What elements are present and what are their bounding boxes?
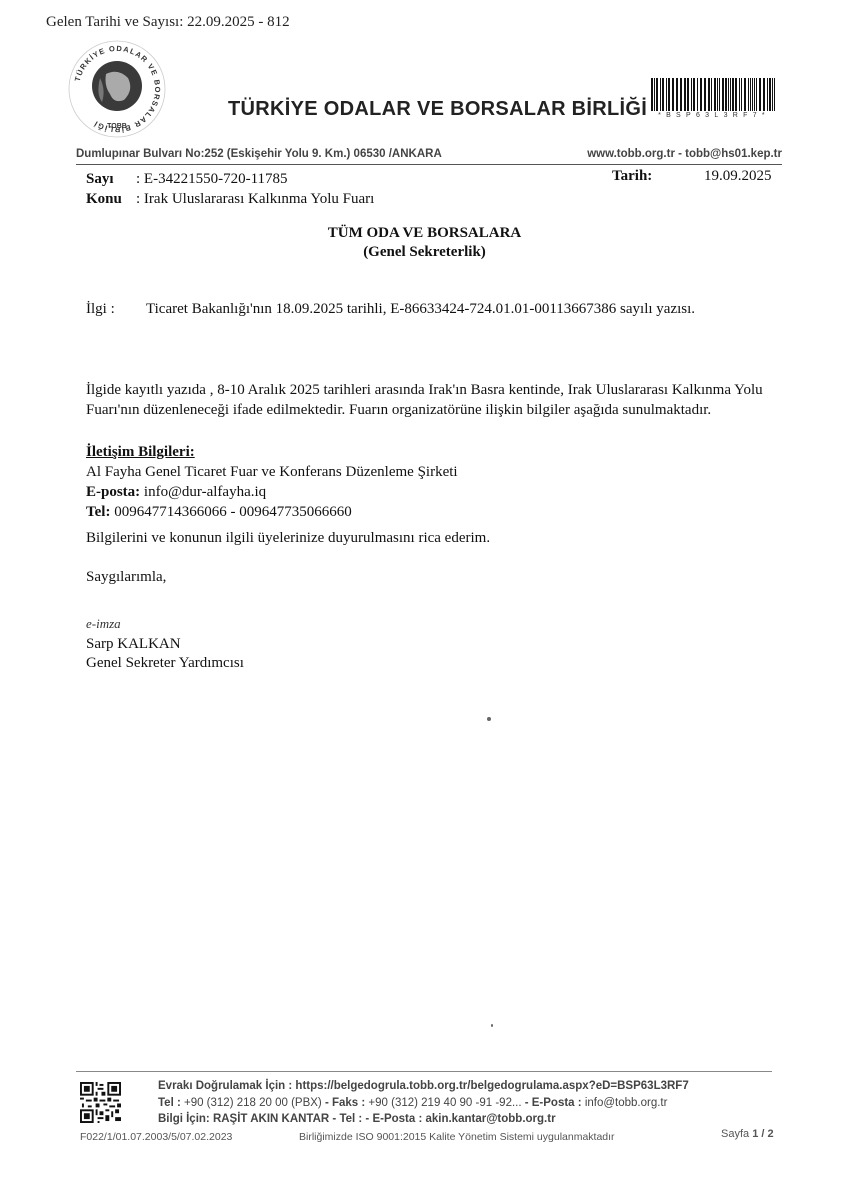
recipient-block: TÜM ODA VE BORSALARA (Genel Sekreterlik) bbox=[0, 224, 849, 262]
page-label: Sayfa bbox=[721, 1128, 752, 1140]
konu-label: Konu bbox=[86, 191, 122, 208]
email-label: E-posta: bbox=[86, 484, 140, 500]
sayi-value: : E-34221550-720-11785 bbox=[136, 171, 288, 188]
konu-value: : Irak Uluslararası Kalkınma Yolu Fuarı bbox=[136, 191, 374, 208]
organization-name: TÜRKİYE ODALAR VE BORSALAR BİRLİĞİ bbox=[228, 98, 647, 121]
contact-info-title: İletişim Bilgileri: bbox=[86, 442, 458, 462]
footer-faks-label: - Faks : bbox=[322, 1097, 369, 1109]
contact-info-block: İletişim Bilgileri: Al Fayha Genel Ticar… bbox=[86, 442, 458, 522]
verify-url-link[interactable]: https://belgedogrula.tobb.org.tr/belgedo… bbox=[295, 1080, 688, 1092]
phone-line: Tel : +90 (312) 218 20 00 (PBX) - Faks :… bbox=[158, 1095, 689, 1112]
address: Dumlupınar Bulvarı No:252 (Eskişehir Yol… bbox=[76, 148, 442, 160]
contact-tel-row: Tel: 009647714366066 - 009647735066660 bbox=[86, 502, 458, 522]
form-code: F022/1/01.07.2003/5/07.02.2023 bbox=[80, 1131, 232, 1143]
tarih-label: Tarih: bbox=[612, 168, 652, 185]
contact-email-row: E-posta: info@dur-alfayha.iq bbox=[86, 482, 458, 502]
verify-label: Evrakı Doğrulamak İçin : bbox=[158, 1080, 295, 1092]
ilgi-text: Ticaret Bakanlığı'nın 18.09.2025 tarihli… bbox=[146, 301, 695, 318]
page-value: 1 / 2 bbox=[752, 1128, 773, 1140]
recipient-line-2: (Genel Sekreterlik) bbox=[0, 243, 849, 262]
footer-eposta-label: - E-Posta : bbox=[522, 1097, 585, 1109]
tarih-value: 19.09.2025 bbox=[704, 168, 772, 185]
letterhead-address-line: Dumlupınar Bulvarı No:252 (Eskişehir Yol… bbox=[76, 148, 782, 165]
contact-tel: 009647714366066 - 009647735066660 bbox=[110, 504, 351, 520]
footer-divider bbox=[76, 1071, 772, 1072]
info-contact-line: Bilgi İçin: RAŞİT AKIN KANTAR - Tel : - … bbox=[158, 1111, 689, 1128]
info-contact-details: - Tel : - E-Posta : akin.kantar@tobb.org… bbox=[329, 1113, 555, 1125]
body-paragraph: İlgide kayıtlı yazıda , 8-10 Aralık 2025… bbox=[86, 380, 794, 420]
footer-tel: +90 (312) 218 20 00 (PBX) bbox=[184, 1097, 322, 1109]
verify-line: Evrakı Doğrulamak İçin : https://belgedo… bbox=[158, 1078, 689, 1095]
info-contact-person: Bilgi İçin: RAŞİT AKIN KANTAR bbox=[158, 1113, 329, 1125]
signer-title: Genel Sekreter Yardımcısı bbox=[86, 655, 244, 672]
recipient-line-1: TÜM ODA VE BORSALARA bbox=[0, 224, 849, 243]
footer-faks: +90 (312) 219 40 90 -91 -92... bbox=[368, 1097, 521, 1109]
footer-eposta-link[interactable]: info@tobb.org.tr bbox=[585, 1097, 668, 1109]
org-contact: www.tobb.org.tr - tobb@hs01.kep.tr bbox=[587, 148, 782, 160]
ilgi-label: İlgi : bbox=[86, 301, 115, 318]
document-barcode: *BSP63L3RF7* bbox=[651, 78, 777, 122]
contact-company: Al Fayha Genel Ticaret Fuar ve Konferans… bbox=[86, 462, 458, 482]
iso-statement: Birliğimizde ISO 9001:2015 Kalite Yöneti… bbox=[299, 1131, 615, 1143]
barcode-text: *BSP63L3RF7* bbox=[651, 112, 777, 119]
tel-label: Tel: bbox=[86, 504, 110, 520]
incoming-stamp: Gelen Tarihi ve Sayısı: 22.09.2025 - 812 bbox=[46, 14, 290, 31]
sayi-label: Sayı bbox=[86, 171, 114, 188]
request-sentence: Bilgilerini ve konunun ilgili üyeleriniz… bbox=[86, 530, 490, 547]
qr-code-icon[interactable] bbox=[80, 1082, 121, 1123]
tobb-logo-icon: TÜRKİYE ODALAR VE BORSALAR BİRLİĞİ TOBB bbox=[66, 38, 168, 140]
footer-tel-label: Tel : bbox=[158, 1097, 184, 1109]
footer-info: Evrakı Doğrulamak İçin : https://belgedo… bbox=[158, 1078, 689, 1128]
page-number: Sayfa 1 / 2 bbox=[721, 1128, 774, 1140]
closing-regards: Saygılarımla, bbox=[86, 569, 166, 586]
svg-text:TOBB: TOBB bbox=[107, 123, 127, 130]
contact-email[interactable]: info@dur-alfayha.iq bbox=[140, 484, 266, 500]
signer-name: Sarp KALKAN bbox=[86, 636, 181, 653]
e-signature-mark: e-imza bbox=[86, 616, 121, 632]
